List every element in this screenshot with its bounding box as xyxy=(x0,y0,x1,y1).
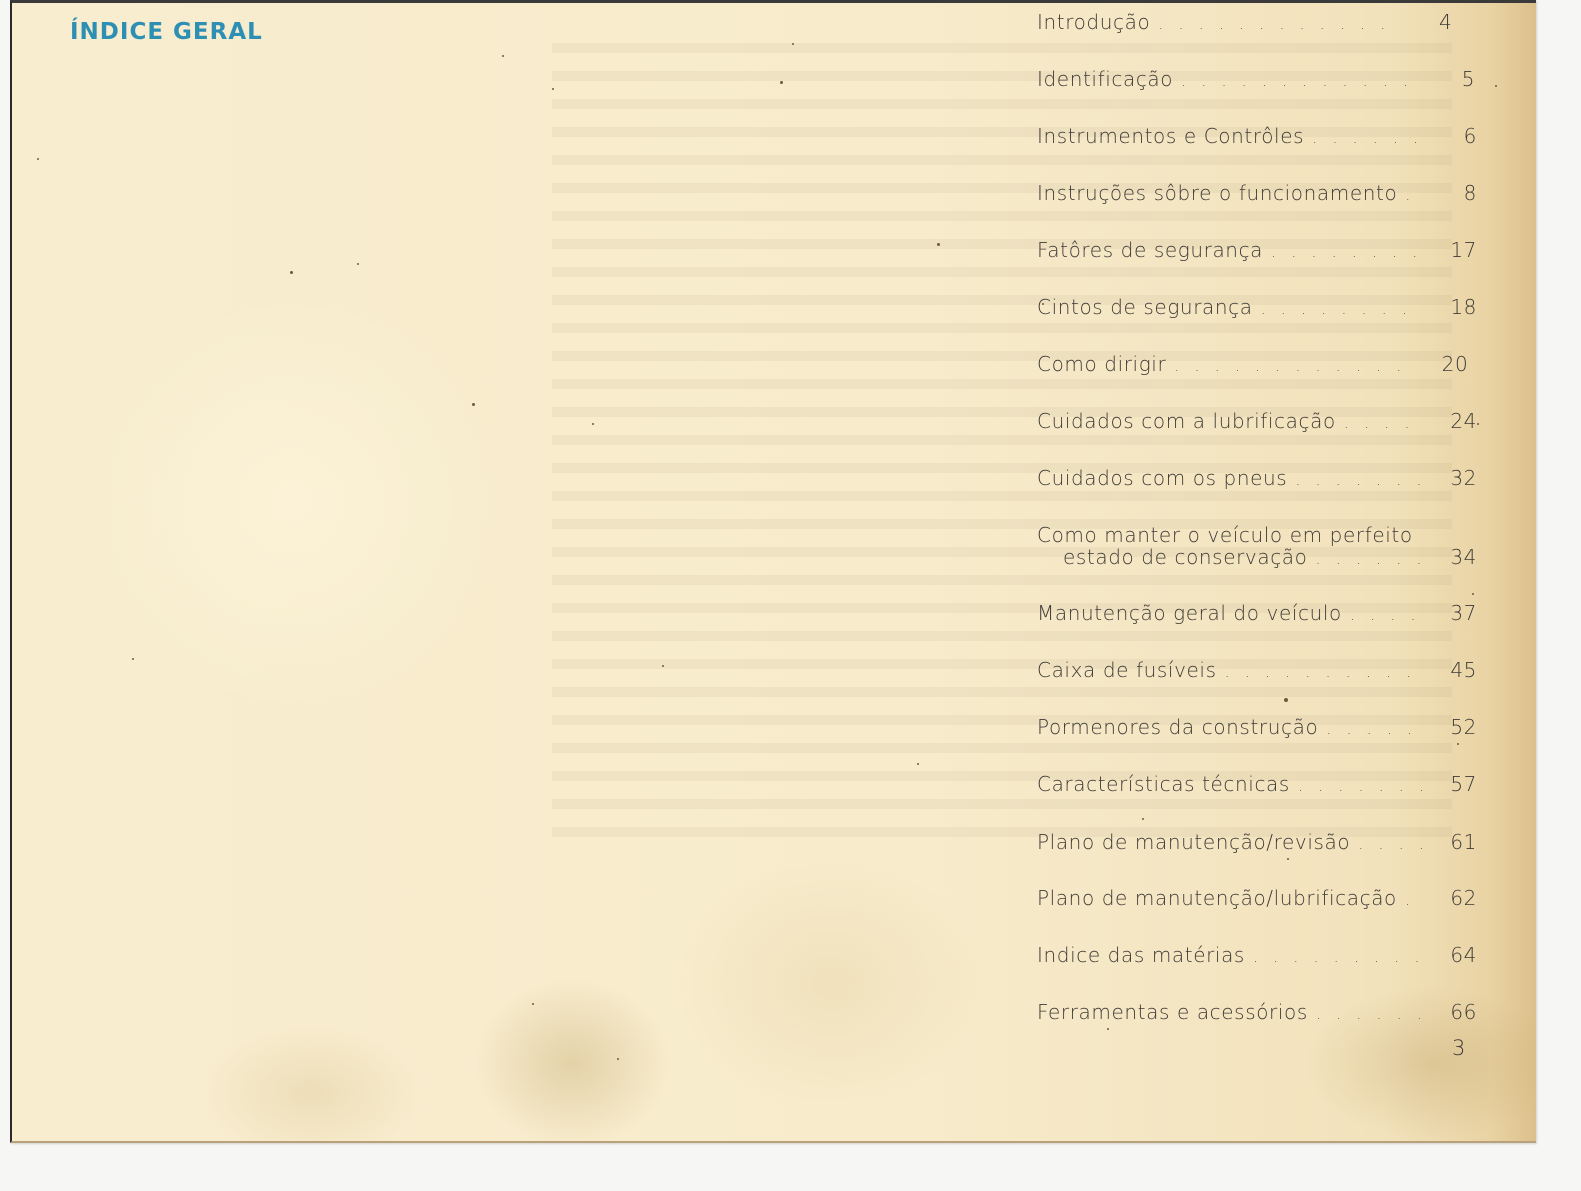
scanned-page: ÍNDICE GERAL Introdução. . . . . . . . .… xyxy=(10,0,1536,1143)
dot-leader: . . . . . . . . . . . . . . . . . . . . … xyxy=(1350,604,1423,626)
toc-entry-label: Cintos de segurança xyxy=(1037,296,1253,318)
dot-leader: . . . . . . . . . . . . . . . . . . . . … xyxy=(1298,775,1423,797)
toc-entry: Indice das matérias. . . . . . . . . . .… xyxy=(1037,944,1477,968)
paper-speck xyxy=(592,423,594,425)
dot-leader: . . . . . . . . . . . . . . . . . . . . … xyxy=(1405,889,1423,911)
toc-entry-page: 6 xyxy=(1429,125,1477,147)
toc-entry: Plano de manutenção/revisão. . . . . . .… xyxy=(1037,831,1477,855)
paper-speck xyxy=(1495,85,1497,87)
toc-entry: Introdução. . . . . . . . . . . . . . . … xyxy=(1037,11,1477,35)
toc-entry-page: 5 xyxy=(1427,68,1475,90)
toc-entry-label: Como dirigir xyxy=(1037,353,1166,375)
toc-entry-label: Plano de manutenção/lubrificação xyxy=(1037,887,1397,909)
toc-entry-page: 8 xyxy=(1429,182,1477,204)
paper-speck xyxy=(1287,858,1289,860)
paper-speck xyxy=(662,665,664,667)
dot-leader: . . . . . . . . . . . . . . . . . . . . … xyxy=(1225,661,1423,683)
toc-entry: Pormenores da construção. . . . . . . . … xyxy=(1037,716,1477,740)
dot-leader: . . . . . . . . . . . . . . . . . . . . … xyxy=(1344,412,1423,434)
toc-entry: Cuidados com a lubrificação. . . . . . .… xyxy=(1037,410,1477,434)
dot-leader: . . . . . . . . . . . . . . . . . . . . … xyxy=(1271,241,1423,263)
toc-entry-page: 24 xyxy=(1429,410,1477,432)
paper-speck xyxy=(290,271,293,274)
toc-entry-label: Pormenores da construção xyxy=(1037,716,1318,738)
toc-entry-label: Introdução xyxy=(1037,11,1150,33)
toc-entry-page: 52 xyxy=(1429,716,1477,738)
toc-entry-label: Caixa de fusíveis xyxy=(1037,659,1217,681)
paper-speck xyxy=(1042,303,1044,305)
paper-speck xyxy=(502,55,504,57)
paper-speck xyxy=(357,263,359,265)
dot-leader: . . . . . . . . . . . . . . . . . . . . … xyxy=(1358,833,1423,855)
paper-speck xyxy=(1457,743,1459,745)
toc-entry-page: 45 xyxy=(1429,659,1477,681)
toc-entry: Como dirigir. . . . . . . . . . . . . . … xyxy=(1037,353,1477,377)
paper-speck xyxy=(132,658,134,660)
toc-entry-label: Instruções sôbre o funcionamento xyxy=(1037,182,1397,204)
paper-speck xyxy=(1107,1028,1109,1030)
toc-entry-page: 64 xyxy=(1429,944,1477,966)
toc-entry-label: Cuidados com os pneus xyxy=(1037,467,1287,489)
toc-entry-page: 34 xyxy=(1429,546,1477,568)
toc-entry-label: Instrumentos e Contrôles xyxy=(1037,125,1304,147)
paper-speck xyxy=(1477,423,1479,425)
toc-entry-page: 66 xyxy=(1429,1001,1477,1023)
page-number: 3 xyxy=(1452,1036,1465,1060)
paper-speck xyxy=(617,1058,619,1060)
toc-entry: Como manter o veículo em perfeitoestado … xyxy=(1037,524,1477,570)
toc-entry: Identificação. . . . . . . . . . . . . .… xyxy=(1037,68,1477,92)
toc-entry: Manutenção geral do veículo. . . . . . .… xyxy=(1037,602,1477,626)
toc-entry-label: Plano de manutenção/revisão xyxy=(1037,831,1350,853)
toc-entry-page: 18 xyxy=(1429,296,1477,318)
toc-entry-page: 37 xyxy=(1429,602,1477,624)
toc-entry-page: 61 xyxy=(1429,831,1477,853)
paper-speck xyxy=(1284,698,1288,702)
toc-entry: Plano de manutenção/lubrificação. . . . … xyxy=(1037,887,1477,911)
paper-speck xyxy=(780,81,783,84)
toc-entry-label: Ferramentas e acessórios xyxy=(1037,1001,1308,1023)
toc-entry-page: 32 xyxy=(1429,467,1477,489)
toc-entry-label: Manutenção geral do veículo xyxy=(1037,602,1342,624)
toc-entry-page: 20 xyxy=(1420,353,1468,375)
toc-entry-page: 17 xyxy=(1429,239,1477,261)
paper-speck xyxy=(1472,593,1474,595)
dot-leader: . . . . . . . . . . . . . . . . . . . . … xyxy=(1316,1003,1423,1025)
paper-speck xyxy=(917,763,919,765)
toc-entry-page: 62 xyxy=(1429,887,1477,909)
paper-speck xyxy=(37,158,39,160)
toc-entry-label: Indice das matérias xyxy=(1037,944,1245,966)
toc-entry: Ferramentas e acessórios. . . . . . . . … xyxy=(1037,1001,1477,1025)
toc-entry-label: Cuidados com a lubrificação xyxy=(1037,410,1336,432)
dot-leader: . . . . . . . . . . . . . . . . . . . . … xyxy=(1174,355,1414,377)
page-title: ÍNDICE GERAL xyxy=(70,19,263,45)
toc-entry: Características técnicas. . . . . . . . … xyxy=(1037,773,1477,797)
toc-entry-page: 57 xyxy=(1429,773,1477,795)
paper-speck xyxy=(792,43,794,45)
toc-entry-label-continuation: estado de conservação xyxy=(1037,546,1308,568)
dot-leader: . . . . . . . . . . . . . . . . . . . . … xyxy=(1253,946,1423,968)
dot-leader: . . . . . . . . . . . . . . . . . . . . … xyxy=(1405,184,1423,206)
toc-entry: Instruções sôbre o funcionamento. . . . … xyxy=(1037,182,1477,206)
paper-speck xyxy=(532,1003,534,1005)
dot-leader: . . . . . . . . . . . . . . . . . . . . … xyxy=(1312,127,1423,149)
toc-entry: Cuidados com os pneus. . . . . . . . . .… xyxy=(1037,467,1477,491)
toc-entry-label: Como manter o veículo em perfeito xyxy=(1037,524,1413,546)
toc-entry: Fatôres de segurança. . . . . . . . . . … xyxy=(1037,239,1477,263)
dot-leader: . . . . . . . . . . . . . . . . . . . . … xyxy=(1158,13,1398,35)
paper-speck xyxy=(552,88,554,90)
toc-entry-page: 4 xyxy=(1404,11,1452,33)
dot-leader: . . . . . . . . . . . . . . . . . . . . … xyxy=(1181,70,1421,92)
dot-leader: . . . . . . . . . . . . . . . . . . . . … xyxy=(1261,298,1423,320)
toc-entry: Instrumentos e Contrôles. . . . . . . . … xyxy=(1037,125,1477,149)
toc-entry-label: Fatôres de segurança xyxy=(1037,239,1263,261)
dot-leader: . . . . . . . . . . . . . . . . . . . . … xyxy=(1316,548,1423,570)
paper-speck xyxy=(472,403,475,406)
toc-entry-label: Características técnicas xyxy=(1037,773,1290,795)
toc-entry-label: Identificação xyxy=(1037,68,1173,90)
paper-speck xyxy=(1142,818,1144,820)
toc-entry: Caixa de fusíveis. . . . . . . . . . . .… xyxy=(1037,659,1477,683)
dot-leader: . . . . . . . . . . . . . . . . . . . . … xyxy=(1295,469,1423,491)
toc-entry: Cintos de segurança. . . . . . . . . . .… xyxy=(1037,296,1477,320)
dot-leader: . . . . . . . . . . . . . . . . . . . . … xyxy=(1326,718,1423,740)
paper-speck xyxy=(937,243,940,246)
